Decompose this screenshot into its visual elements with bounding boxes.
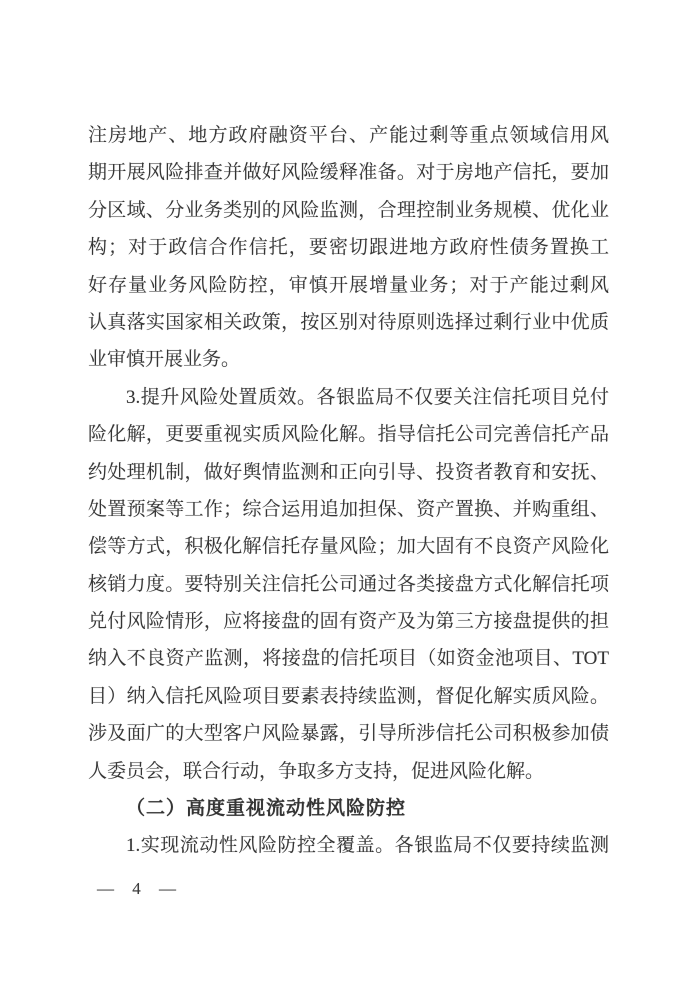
text-line: 注房地产、地方政府融资平台、产能过剩等重点领域信用风险，定 — [88, 117, 609, 154]
document-page: 注房地产、地方政府融资平台、产能过剩等重点领域信用风险，定期开展风险排查并做好风… — [0, 0, 700, 990]
text-line: 构；对于政信合作信托，要密切跟进地方政府性债务置换工作，做 — [88, 229, 609, 266]
text-line: 险化解，更要重视实质风险化解。指导信托公司完善信托产品违 — [88, 416, 609, 453]
text-line: 认真落实国家相关政策，按区别对待原则选择过剩行业中优质企 — [88, 304, 609, 341]
page-footer: — 4 — — [97, 879, 178, 899]
text-line: 涉及面广的大型客户风险暴露，引导所涉信托公司积极参加债权 — [88, 715, 609, 752]
section-heading: （二）高度重视流动性风险防控 — [88, 790, 609, 827]
text-line: 3.提升风险处置质效。各银监局不仅要关注信托项目兑付风 — [88, 379, 609, 416]
text-line: 处置预案等工作；综合运用追加担保、资产置换、并购重组、诉讼追 — [88, 491, 609, 528]
text-line: 目）纳入信托风险项目要素表持续监测，督促化解实质风险。对于 — [88, 678, 609, 715]
text-line: 纳入不良资产监测，将接盘的信托项目（如资金池项目、TOT 项 — [88, 640, 609, 677]
text-line: 分区域、分业务类别的风险监测，合理控制业务规模、优化业务结 — [88, 192, 609, 229]
text-line: 兑付风险情形，应将接盘的固有资产及为第三方接盘提供的担保 — [88, 603, 609, 640]
text-line: 约处理机制，做好舆情监测和正向引导、投资者教育和安抚、风险 — [88, 454, 609, 491]
text-line: 偿等方式，积极化解信托存量风险；加大固有不良资产风险化解和 — [88, 528, 609, 565]
page-body: 注房地产、地方政府融资平台、产能过剩等重点领域信用风险，定期开展风险排查并做好风… — [88, 117, 609, 865]
text-line: 好存量业务风险防控，审慎开展增量业务；对于产能过剩风险，要 — [88, 267, 609, 304]
page-number: — 4 — — [97, 879, 178, 898]
text-line: 业审慎开展业务。 — [88, 341, 609, 378]
text-line: 期开展风险排查并做好风险缓释准备。对于房地产信托，要加强 — [88, 154, 609, 191]
text-line: 1.实现流动性风险防控全覆盖。各银监局不仅要持续监测传 — [88, 827, 609, 864]
text-line: 人委员会，联合行动，争取多方支持，促进风险化解。 — [88, 753, 609, 790]
text-line: 核销力度。要特别关注信托公司通过各类接盘方式化解信托项目 — [88, 566, 609, 603]
